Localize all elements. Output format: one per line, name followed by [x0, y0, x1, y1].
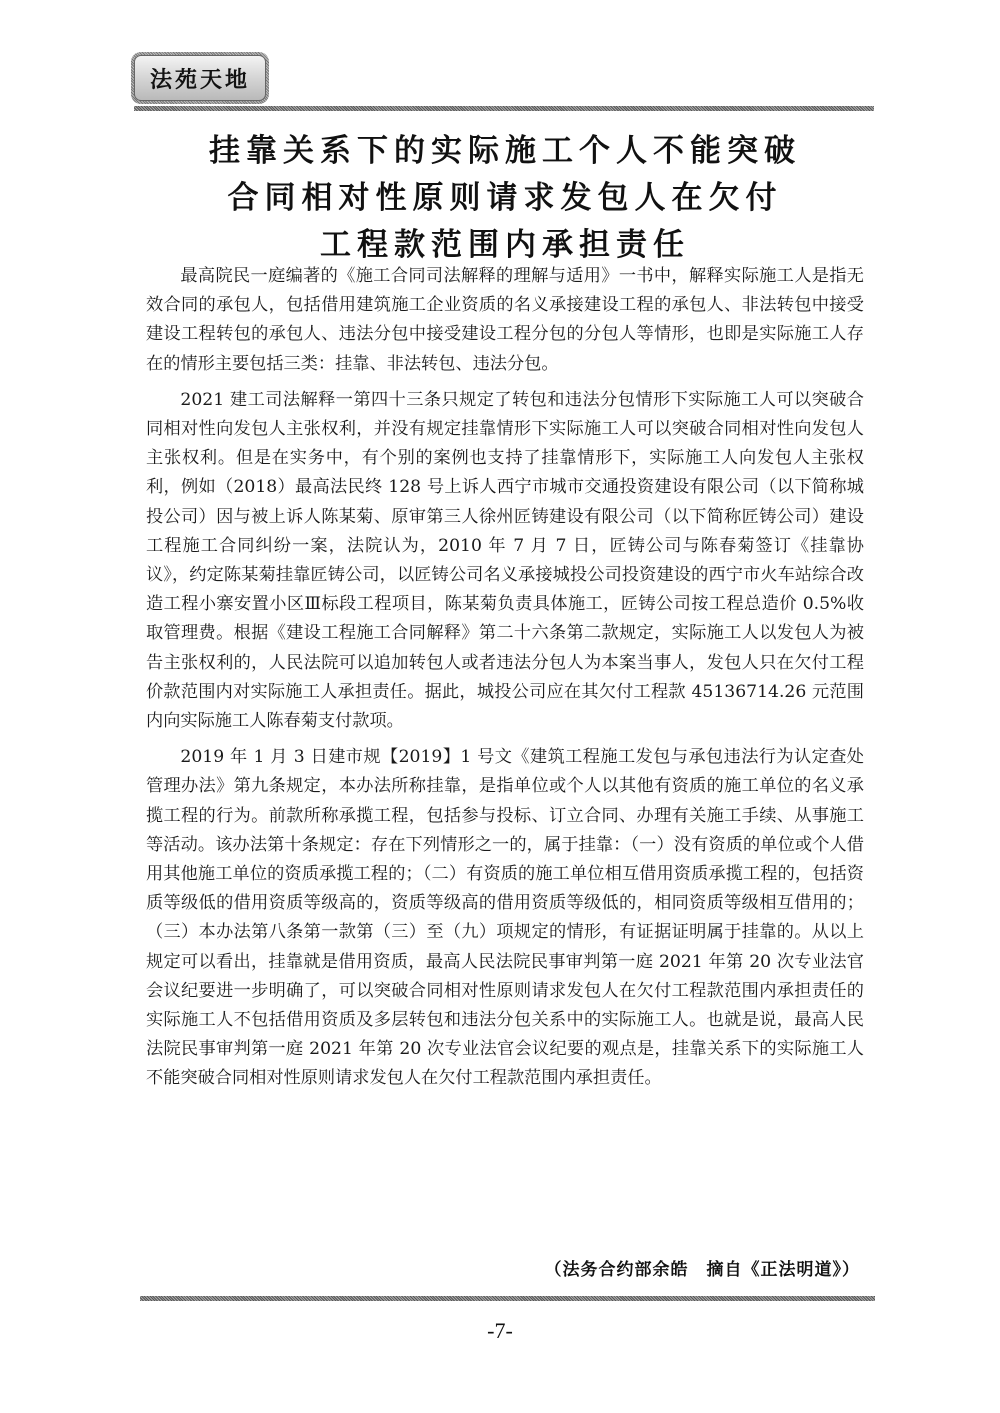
section-tab: 法苑天地 — [131, 52, 269, 104]
header-rule — [134, 106, 874, 111]
paragraph-3: 2019 年 1 月 3 日建市规【2019】1 号文《建筑工程施工发包与承包违… — [146, 743, 864, 1093]
title-line-2: 合同相对性原则请求发包人在欠付 — [140, 175, 870, 222]
paragraph-1: 最高院民一庭编著的《施工合同司法解释的理解与适用》一书中，解释实际施工人是指无效… — [146, 262, 864, 379]
footer-rule — [140, 1296, 875, 1301]
section-tab-inner: 法苑天地 — [134, 55, 266, 101]
article-attribution: （法务合约部余皓 摘自《正法明道》） — [500, 1255, 860, 1280]
title-line-1: 挂靠关系下的实际施工个人不能突破 — [140, 128, 870, 175]
article-body: 最高院民一庭编著的《施工合同司法解释的理解与适用》一书中，解释实际施工人是指无效… — [146, 262, 864, 1101]
section-label: 法苑天地 — [150, 63, 250, 94]
article-title: 挂靠关系下的实际施工个人不能突破 合同相对性原则请求发包人在欠付 工程款范围内承… — [140, 128, 870, 269]
document-page: 法苑天地 挂靠关系下的实际施工个人不能突破 合同相对性原则请求发包人在欠付 工程… — [0, 0, 1000, 1413]
page-number: -7- — [0, 1318, 1000, 1344]
paragraph-2: 2021 建工司法解释一第四十三条只规定了转包和违法分包情形下实际施工人可以突破… — [146, 386, 864, 736]
